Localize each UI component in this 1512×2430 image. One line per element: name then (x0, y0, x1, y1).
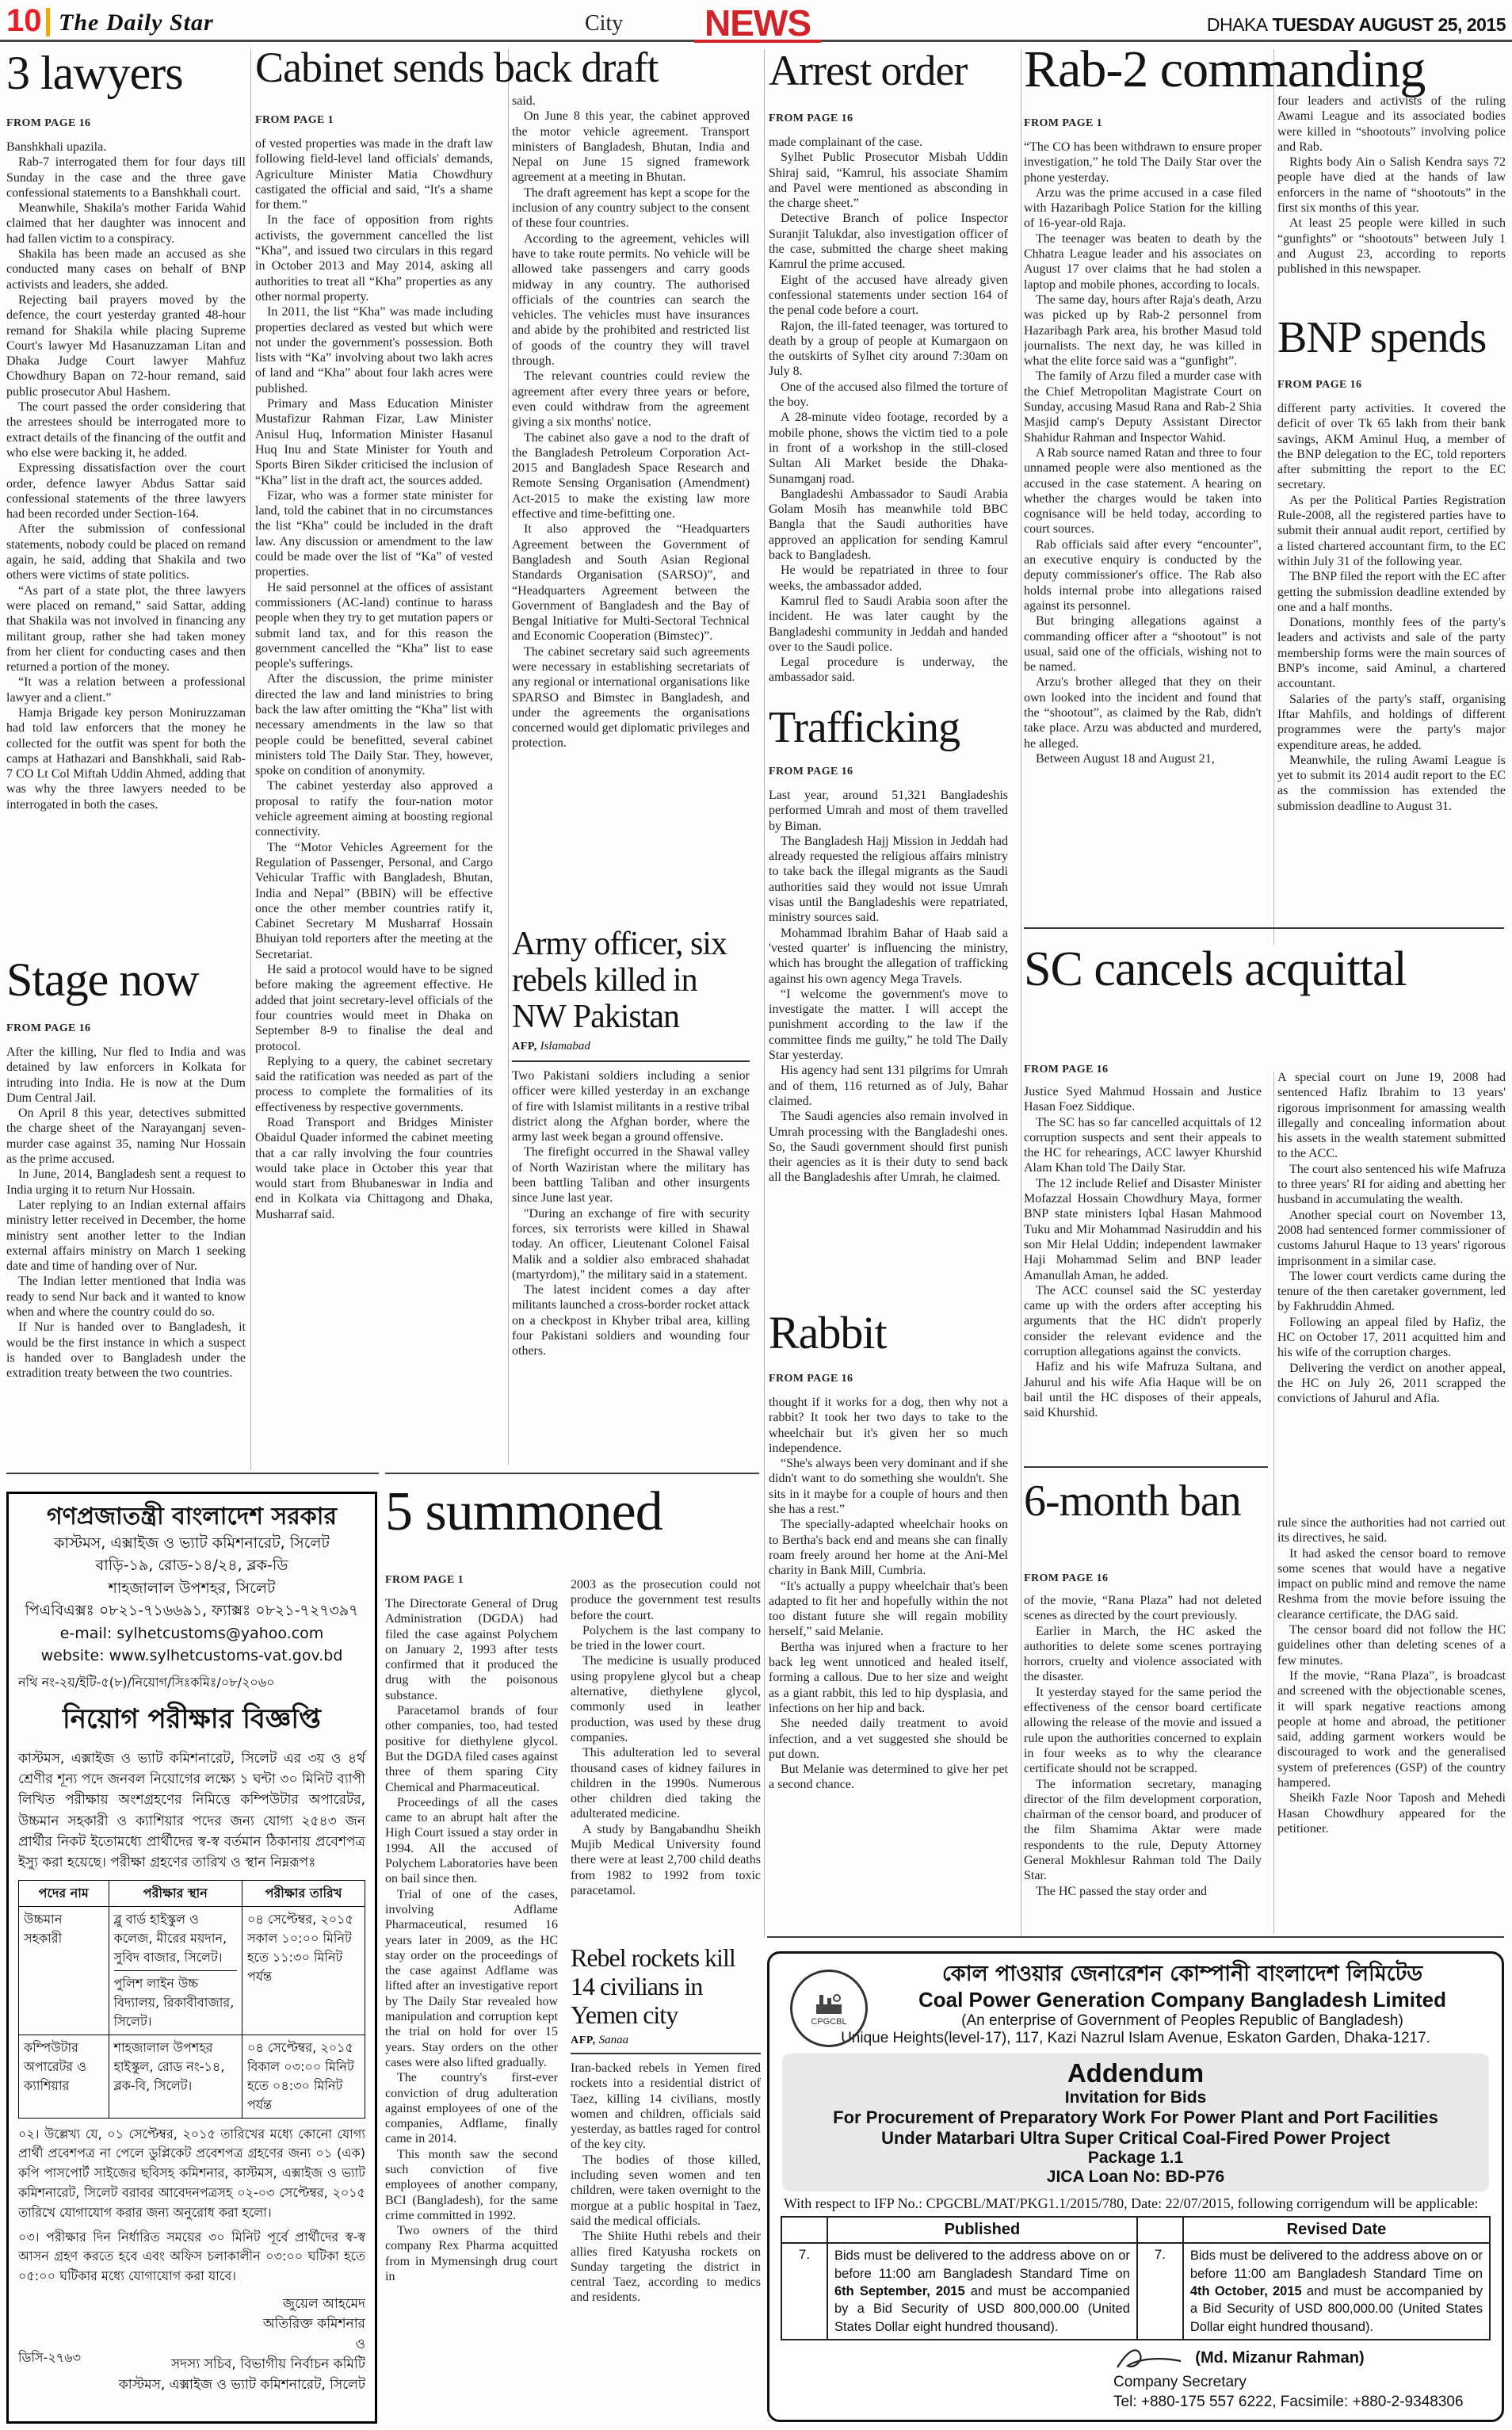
paragraph: thought if it works for a dog, then why … (769, 1395, 1008, 1456)
column-divider (250, 49, 251, 1470)
article-body-col-b: said.On June 8 this year, the cabinet ap… (512, 94, 750, 924)
kicker: FROM PAGE 1 (1024, 117, 1102, 130)
paragraph: Rajon, the ill-fated teenager, was tortu… (769, 319, 1008, 380)
article-body: thought if it works for a dog, then why … (769, 1395, 1008, 1928)
paragraph: The censor board did not follow the HC g… (1277, 1622, 1506, 1668)
package-line: Package 1.1 (788, 2149, 1483, 2168)
cell-post: কম্পিউটার অপারেটর ও ক্যাশিয়ার (19, 2035, 109, 2118)
paragraph: The 12 include Relief and Disaster Minis… (1024, 1176, 1262, 1283)
paragraph: A special court on June 19, 2008 had sen… (1277, 1070, 1506, 1162)
column-divider (1273, 1072, 1274, 1934)
paragraph: Last year, around 51,321 Bangladeshis pe… (769, 788, 1008, 834)
paragraph: The country's first-ever conviction of d… (385, 2070, 558, 2146)
table-row: কম্পিউটার অপারেটর ও ক্যাশিয়ার শাহজালাল … (19, 2035, 365, 2118)
article-body: Two Pakistani soldiers including a senio… (512, 1068, 750, 1465)
cell-date: ০৪ সেপ্টেম্বর, ২০১৫ বিকাল ০৩:০০ মিনিট হত… (242, 2035, 365, 2118)
factory-icon (813, 1990, 845, 2017)
ad-address-2: শাহজালাল উপশহর, সিলেট (18, 1577, 365, 1600)
paragraph: Trial of one of the cases, involving Adf… (385, 1887, 558, 2071)
paragraph: She needed daily treatment to avoid infe… (769, 1716, 1008, 1762)
signer-title: Company Secretary (1113, 2372, 1491, 2393)
paragraph: Legal procedure is underway, the ambassa… (769, 655, 1008, 686)
paragraph: The information secretary, managing dire… (1024, 1777, 1262, 1884)
paragraph: Polychem is the last company to be tried… (571, 1623, 761, 1654)
venue-2: পুলিশ লাইন উচ্চ বিদ্যালয়, রিকাবীবাজার, … (114, 1970, 237, 2031)
paragraph: অতিরিক্ত কমিশনার (18, 2314, 365, 2335)
paragraph: Kamrul fled to Saudi Arabia soon after t… (769, 594, 1008, 655)
paragraph: The Saudi agencies also remain involved … (769, 1109, 1008, 1185)
paragraph: The ACC counsel said the SC yesterday ca… (1024, 1283, 1262, 1359)
paragraph: After the discussion, the prime minister… (255, 671, 493, 778)
paragraph: ০৩। পরীক্ষার দিন নির্ধারিত সময়ের ৩০ মিন… (18, 2228, 365, 2287)
paragraph: Arzu's brother alleged that they on thei… (1024, 674, 1262, 751)
corrigendum-table: Published Revised Date 7. Bids must be d… (781, 2216, 1491, 2340)
paragraph: The Shiite Huthi rebels and their allies… (571, 2229, 761, 2305)
cell-published: Bids must be delivered to the address ab… (827, 2243, 1137, 2339)
paragraph: The firefight occurred in the Shawal val… (512, 1144, 750, 1205)
kicker: FROM PAGE 1 (255, 114, 334, 127)
article-body-col-a: Justice Syed Mahmud Hossain and Justice … (1024, 1084, 1262, 1463)
paragraph: In June, 2014, Bangladesh sent a request… (6, 1167, 246, 1198)
paragraph: Proceedings of all the cases came to an … (385, 1795, 558, 1887)
paragraph: The latest incident comes a day after mi… (512, 1282, 750, 1358)
ad-coal-power: CPGCBL কোল পাওয়ার জেনারেশন কোম্পানী বাং… (767, 1951, 1504, 2422)
paragraph: This adulteration led to several thousan… (571, 1745, 761, 1821)
paragraph: said. (512, 94, 750, 109)
paragraph: "During an exchange of fire with securit… (512, 1206, 750, 1282)
paragraph: Salaries of the party's staff, organisin… (1277, 692, 1506, 753)
header-published: Published (827, 2217, 1137, 2243)
ad-phone: পিএবিএক্সঃ ০৮২১-৭১৬৬৯১, ফ্যাক্সঃ ০৮২১-৭২… (18, 1599, 365, 1622)
paragraph: It yesterday stayed for the same period … (1024, 1685, 1262, 1777)
paragraph: Rejecting bail prayers moved by the defe… (6, 292, 246, 399)
paragraph: Road Transport and Bridges Minister Obai… (255, 1115, 493, 1222)
paragraph: He would be repatriated in three to four… (769, 563, 1008, 594)
article-body-col-b: A special court on June 19, 2008 had sen… (1277, 1070, 1506, 1511)
paragraph: The cabinet secretary said such agreemen… (512, 644, 750, 751)
headline: Rabbit (769, 1309, 1008, 1356)
revised-date: 4th October, 2015 (1190, 2284, 1302, 2298)
paragraph: But bringing allegations against a comma… (1024, 613, 1262, 674)
article-body-col-a: of vested properties was made in the dra… (255, 136, 493, 1465)
invitation-line: Invitation for Bids (788, 2088, 1483, 2107)
column-divider (508, 49, 509, 1465)
paragraph: The bodies of those killed, including se… (571, 2153, 761, 2229)
paragraph: Replying to a query, the cabinet secreta… (255, 1054, 493, 1115)
article-body-col-b: rule since the authorities had not carri… (1277, 1515, 1506, 1931)
published-date: 6th September, 2015 (834, 2284, 965, 2298)
byline-rule (571, 2053, 761, 2054)
page-number: 10 (6, 3, 42, 39)
ad-notice-paragraph: কাস্টমস, এক্সাইজ ও ভ্যাট কমিশনারেট, সিলে… (18, 1748, 365, 1874)
table-row: উচ্চমান সহকারী ব্লু বার্ড হাইস্কুল ও কলে… (19, 1906, 365, 2035)
paragraph: After the killing, Nur fled to India and… (6, 1045, 246, 1106)
paragraph: He said a protocol would have to be sign… (255, 962, 493, 1054)
byline-agency: AFP, (571, 2035, 596, 2046)
paragraph: Primary and Mass Education Minister Must… (255, 396, 493, 488)
paragraph: The medicine is usually produced using p… (571, 1653, 761, 1745)
paragraph: Delivering the verdict on another appeal… (1277, 1361, 1506, 1407)
signer-name: (Md. Mizanur Rahman) (1195, 2349, 1364, 2367)
project-line: Under Matarbari Ultra Super Critical Coa… (788, 2128, 1483, 2149)
cell-serial: 7. (1137, 2243, 1183, 2339)
paragraph: If Nur is handed over to Bangladesh, it … (6, 1320, 246, 1381)
headline: Stage now (6, 956, 246, 1004)
paragraph: Earlier in March, the HC asked the autho… (1024, 1624, 1262, 1685)
cell-serial: 7. (781, 2243, 827, 2339)
headline: Rebel rockets kill 14 civilians in Yemen… (571, 1943, 761, 2029)
newspaper-page: 10 The Daily Star City NEWS DHAKA TUESDA… (0, 0, 1512, 2430)
paragraph: “As part of a state plot, the three lawy… (6, 583, 246, 675)
paragraph: ০২। উল্লেখ্য যে, ০১ সেপ্টেম্বর, ২০১৫ তার… (18, 2125, 365, 2223)
kicker: FROM PAGE 16 (6, 1022, 90, 1035)
paragraph: Eight of the accused have already given … (769, 273, 1008, 319)
paragraph: The relevant countries could review the … (512, 369, 750, 430)
company-enterprise: (An enterprise of Government of Peoples … (874, 2012, 1491, 2030)
column-divider (1021, 49, 1021, 1938)
jica-line: JICA Loan No: BD-P76 (788, 2168, 1483, 2187)
paragraph: Sheikh Fazle Noor Taposh and Mehedi Hasa… (1277, 1790, 1506, 1836)
paragraph: His agency had sent 131 pilgrims for Umr… (769, 1063, 1008, 1109)
paragraph: Shakila has been made an accused as she … (6, 246, 246, 292)
table-header-date: পরীক্ষার তারিখ (242, 1880, 365, 1906)
kicker: FROM PAGE 16 (1277, 379, 1361, 392)
paragraph: The HC passed the stay order and (1024, 1884, 1262, 1899)
corrigendum-intro: With respect to IFP No.: CPGCBL/MAT/PKG1… (784, 2195, 1487, 2213)
article-body: different party activities. It covered t… (1277, 401, 1506, 924)
paragraph: “I welcome the government's move to inve… (769, 987, 1008, 1063)
paragraph: According to the agreement, vehicles wil… (512, 231, 750, 369)
headline: 3 lawyers (6, 49, 246, 97)
dateline-city: DHAKA (1207, 14, 1268, 35)
byline-rule (512, 1060, 750, 1062)
cell-revised: Bids must be delivered to the address ab… (1183, 2243, 1490, 2339)
paragraph: Banshkhali upazila. (6, 139, 246, 155)
kicker: FROM PAGE 1 (385, 1574, 464, 1587)
paragraph: কাস্টমস, এক্সাইজ ও ভ্যাট কমিশনারেট, সিলে… (18, 2375, 365, 2396)
paragraph: “She's always been very dominant and if … (769, 1456, 1008, 1517)
paragraph: Rights body Ain o Salish Kendra says 72 … (1277, 155, 1506, 216)
paragraph: Later replying to an Indian external aff… (6, 1198, 246, 1274)
paragraph: The Directorate General of Drug Administ… (385, 1596, 558, 1703)
ad-office: কাস্টমস, এক্সাইজ ও ভ্যাট কমিশনারেট, সিলে… (18, 1532, 365, 1555)
paragraph: It had asked the censor board to remove … (1277, 1546, 1506, 1622)
paragraph: Meanwhile, the ruling Awami League is ye… (1277, 753, 1506, 814)
byline-agency: AFP, (512, 1041, 537, 1053)
paragraph: “It's actually a puppy wheelchair that's… (769, 1579, 1008, 1640)
ad-sylhet-customs: গণপ্রজাতন্ত্রী বাংলাদেশ সরকার কাস্টমস, এ… (6, 1492, 377, 2424)
signature-icon (1113, 2345, 1185, 2372)
paragraph: After the submission of confessional sta… (6, 522, 246, 583)
paragraph: Rab officials said after every “encounte… (1024, 537, 1262, 613)
headline: Arrest order (769, 49, 1008, 93)
paragraph: Paracetamol brands of four other compani… (385, 1703, 558, 1795)
paragraph: But Melanie was determined to give her p… (769, 1762, 1008, 1793)
cell-post: উচ্চমান সহকারী (19, 1906, 109, 2035)
company-name-en: Coal Power Generation Company Bangladesh… (874, 1988, 1491, 2012)
cell-venue: শাহজালাল উপশহর হাইস্কুল, রোড নং-১৪, ব্লক… (109, 2035, 242, 2118)
paragraph: Sylhet Public Prosecutor Misbah Uddin Sh… (769, 150, 1008, 211)
article-body-col-a: “The CO has been withdrawn to ensure pro… (1024, 139, 1262, 913)
byline: AFP, Sanaa (571, 2034, 628, 2047)
addendum-panel: Addendum Invitation for Bids For Procure… (782, 2054, 1489, 2191)
article-body-col-a: The Directorate General of Drug Administ… (385, 1596, 558, 2420)
addendum-title: Addendum (788, 2058, 1483, 2088)
paragraph: Meanwhile, Shakila's mother Farida Wahid… (6, 201, 246, 246)
paragraph: The specially-adapted wheelchair hooks o… (769, 1517, 1008, 1578)
paragraph: A Rab source named Ratan and three to fo… (1024, 445, 1262, 537)
paragraph: 2003 as the prosecution could not produc… (571, 1577, 761, 1623)
headline: Cabinet sends back draft (255, 46, 759, 90)
kicker: FROM PAGE 16 (769, 113, 853, 125)
kicker: FROM PAGE 16 (1024, 1572, 1108, 1585)
headline: BNP spends (1277, 315, 1506, 361)
paragraph: The court also sentenced his wife Mafruz… (1277, 1162, 1506, 1208)
paragraph: As per the Political Parties Registratio… (1277, 493, 1506, 569)
dateline: DHAKA TUESDAY AUGUST 25, 2015 (1207, 14, 1506, 36)
ad-address-1: বাড়ি-১৯, রোড-১৪/২৪, ব্লক-ডি (18, 1554, 365, 1577)
ad-notice-title: নিয়োগ পরীক্ষার বিজ্ঞপ্তি (18, 1698, 365, 1744)
paragraph: Bertha was injured when a fracture to he… (769, 1640, 1008, 1716)
company-address: Unique Heights(level-17), 117, Kazi Nazr… (781, 2030, 1491, 2047)
cell-date: ০৪ সেপ্টেম্বর, ২০১৫ সকাল ১০:০০ মিনিট হতে… (242, 1906, 365, 2035)
ad-website: website: www.sylhetcustoms-vat.gov.bd (18, 1645, 365, 1668)
paragraph: At least 25 people were killed in such “… (1277, 216, 1506, 277)
table-header-post: পদের নাম (19, 1880, 109, 1906)
kicker: FROM PAGE 16 (769, 1373, 853, 1385)
paragraph: made complainant of the case. (769, 135, 1008, 150)
paragraph: The cabinet also gave a nod to the draft… (512, 430, 750, 522)
byline: AFP, Islamabad (512, 1040, 590, 1053)
header-revised: Revised Date (1183, 2217, 1490, 2243)
headline: Army officer, six rebels killed in NW Pa… (512, 926, 751, 1035)
section-city: City (585, 11, 623, 36)
headline: Trafficking (769, 705, 1008, 751)
headline: 5 summoned (385, 1484, 761, 1540)
paragraph: Rab-7 interrogated them for four days ti… (6, 155, 246, 201)
paragraph: Two Pakistani soldiers including a senio… (512, 1068, 750, 1144)
kicker: FROM PAGE 16 (1024, 1064, 1108, 1076)
paragraph: “It was a relation between a professiona… (6, 674, 246, 705)
paragraph: The Bangladesh Hajj Mission in Jeddah ha… (769, 834, 1008, 926)
ad-notes: ০২। উল্লেখ্য যে, ০১ সেপ্টেম্বর, ২০১৫ তার… (18, 2125, 365, 2287)
paragraph: Following an appeal filed by Hafiz, the … (1277, 1315, 1506, 1361)
masthead-accent-bar (46, 8, 50, 36)
venue-1: ব্লু বার্ড হাইস্কুল ও কলেজ, মীরের ময়দান… (114, 1910, 237, 1967)
byline-place: Islamabad (540, 1040, 590, 1053)
paragraph: Mohammad Ibrahim Bahar of Haab said a 'v… (769, 926, 1008, 987)
paragraph: Between August 18 and August 21, (1024, 751, 1262, 766)
section-rule (1024, 1466, 1268, 1468)
headline: Rab-2 commanding (1024, 43, 1507, 96)
section-rule (1024, 927, 1504, 929)
paragraph: The court passed the order considering t… (6, 399, 246, 460)
signer-contact: Tel: +880-175 557 6222, Facsimile: +880-… (1113, 2392, 1491, 2413)
paragraph: of the movie, “Rana Plaza” had not delet… (1024, 1593, 1262, 1624)
headline: 6-month ban (1024, 1479, 1271, 1524)
article-body: Last year, around 51,321 Bangladeshis pe… (769, 788, 1008, 1309)
header-blank (781, 2217, 827, 2243)
paragraph: In 2011, the list “Kha” was made includi… (255, 304, 493, 396)
logo-text: CPGCBL (811, 2017, 846, 2027)
paragraph: One of the accused also filmed the tortu… (769, 380, 1008, 411)
section-news: NEWS (694, 2, 821, 44)
paragraph: The family of Arzu filed a murder case w… (1024, 369, 1262, 445)
paragraph: The “Motor Vehicles Agreement for the Re… (255, 840, 493, 962)
header-blank (1137, 2217, 1183, 2243)
cpgcbl-logo-icon: CPGCBL (790, 1970, 868, 2047)
headline: SC cancels acquittal (1024, 945, 1507, 995)
paragraph: A 28-minute video footage, recorded by a… (769, 410, 1008, 486)
cell-venue: ব্লু বার্ড হাইস্কুল ও কলেজ, মীরের ময়দান… (109, 1906, 242, 2035)
ad-signature-block: জুয়েল আহমেদঅতিরিক্ত কমিশনারওসদস্য সচিব,… (18, 2294, 365, 2396)
paragraph: Detective Branch of police Inspector Sur… (769, 211, 1008, 272)
article-body-col-b: 2003 as the prosecution could not produc… (571, 1577, 761, 1935)
table-header-venue: পরীক্ষার স্থান (109, 1880, 242, 1906)
paragraph: On June 8 this year, the cabinet approve… (512, 109, 750, 185)
paragraph: The Indian letter mentioned that India w… (6, 1274, 246, 1320)
paragraph: If the movie, “Rana Plaza”, is broadcast… (1277, 1668, 1506, 1790)
paragraph: different party activities. It covered t… (1277, 401, 1506, 493)
ad-doc-number: নথি নং-২য়/ইটি-৫(৮)/নিয়োগ/সিঃকমিঃ/০৮/২০… (18, 1672, 365, 1694)
paragraph: “The CO has been withdrawn to ensure pro… (1024, 139, 1262, 185)
article-body-col-b: four leaders and activists of the ruling… (1277, 94, 1506, 312)
paragraph: of vested properties was made in the dra… (255, 136, 493, 212)
dateline-date: TUESDAY AUGUST 25, 2015 (1273, 14, 1506, 35)
paragraph: Hafiz and his wife Mafruza Sultana, and … (1024, 1359, 1262, 1420)
paragraph: This month saw the second such convictio… (385, 2147, 558, 2223)
paragraph: Expressing dissatisfaction over the cour… (6, 460, 246, 522)
paragraph: The SC has so far cancelled acquittals o… (1024, 1115, 1262, 1176)
paragraph: A study by Bangabandhu Sheikh Mujib Medi… (571, 1822, 761, 1898)
paragraph: Justice Syed Mahmud Hossain and Justice … (1024, 1084, 1262, 1115)
column-divider (1273, 49, 1274, 945)
exam-schedule-table: পদের নাম পরীক্ষার স্থান পরীক্ষার তারিখ উ… (18, 1880, 365, 2119)
paragraph: The BNP filed the report with the EC aft… (1277, 569, 1506, 615)
section-rule (6, 1473, 379, 1474)
section-rule (385, 1473, 759, 1474)
kicker: FROM PAGE 16 (769, 766, 853, 778)
paragraph: The cabinet yesterday also approved a pr… (255, 778, 493, 839)
company-name-bn: কোল পাওয়ার জেনারেশন কোম্পানী বাংলাদেশ ল… (874, 1960, 1491, 1988)
ad-email: e-mail: sylhetcustoms@yahoo.com (18, 1622, 365, 1645)
signature-block: (Md. Mizanur Rahman) Company Secretary T… (1113, 2345, 1491, 2413)
paragraph: four leaders and activists of the ruling… (1277, 94, 1506, 155)
article-body: Banshkhali upazila.Rab-7 interrogated th… (6, 139, 246, 951)
paragraph: Hamja Brigade key person Moniruzzaman ha… (6, 705, 246, 812)
article-body: After the killing, Nur fled to India and… (6, 1045, 246, 1466)
revised-pre: Bids must be delivered to the address ab… (1190, 2249, 1483, 2280)
ad-govt-title: গণপ্রজাতন্ত্রী বাংলাদেশ সরকার (18, 1502, 365, 1532)
article-body: made complainant of the case.Sylhet Publ… (769, 135, 1008, 699)
paragraph: Fizar, who was a former state minister f… (255, 488, 493, 580)
paragraph: Bangladeshi Ambassador to Saudi Arabia G… (769, 487, 1008, 563)
byline-place: Sanaa (599, 2034, 629, 2046)
kicker: FROM PAGE 16 (6, 117, 90, 130)
masthead-logo: The Daily Star (59, 10, 214, 36)
paragraph: rule since the authorities had not carri… (1277, 1515, 1506, 1546)
paragraph: Another special court on November 13, 20… (1277, 1208, 1506, 1269)
paragraph: জুয়েল আহমেদ (18, 2294, 365, 2315)
article-body: Iran-backed rebels in Yemen fired rocket… (571, 2061, 761, 2420)
article-body-col-a: of the movie, “Rana Plaza” had not delet… (1024, 1593, 1262, 1970)
paragraph: Arzu was the prime accused in a case fil… (1024, 185, 1262, 231)
paragraph: The teenager was beaten to death by the … (1024, 231, 1262, 292)
published-pre: Bids must be delivered to the address ab… (834, 2249, 1130, 2280)
paragraph: Donations, monthly fees of the party's l… (1277, 615, 1506, 691)
paragraph: The lower court verdicts came during the… (1277, 1269, 1506, 1315)
table-row: 7. Bids must be delivered to the address… (781, 2243, 1490, 2339)
column-divider (764, 49, 765, 1938)
paragraph: Iran-backed rebels in Yemen fired rocket… (571, 2061, 761, 2153)
procurement-line: For Procurement of Preparatory Work For … (788, 2107, 1483, 2128)
paragraph: He said personnel at the offices of assi… (255, 580, 493, 672)
paragraph: The draft agreement has kept a scope for… (512, 185, 750, 231)
paragraph: In the face of opposition from rights ac… (255, 212, 493, 304)
paragraph: Two owners of the third company Rex Phar… (385, 2223, 558, 2284)
paragraph: On April 8 this year, detectives submitt… (6, 1106, 246, 1167)
paragraph: The same day, hours after Raja's death, … (1024, 292, 1262, 369)
paragraph: It also approved the “Headquarters Agree… (512, 522, 750, 644)
